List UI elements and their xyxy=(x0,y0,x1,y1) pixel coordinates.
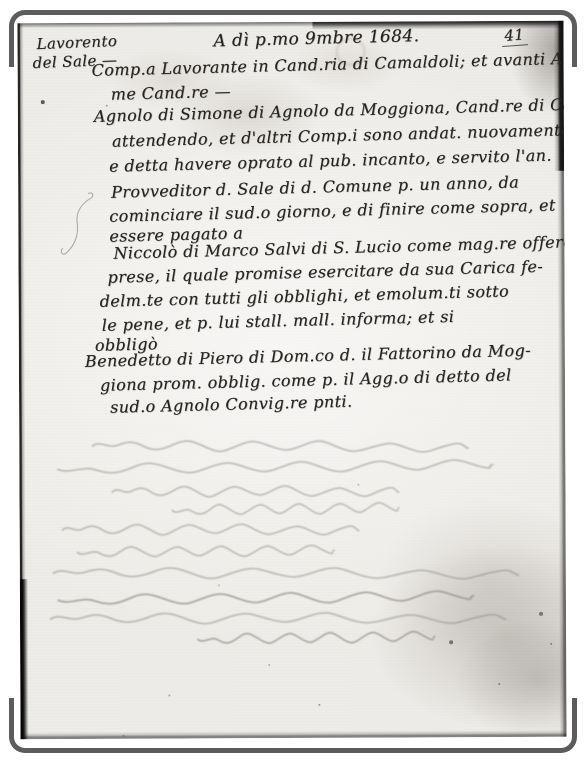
bleed-through-line xyxy=(55,457,495,478)
body-line: sud.o Agnolo Convig.re pnti. xyxy=(110,394,353,416)
body-line: giona prom. obblig. come p. il Agg.o di … xyxy=(100,367,512,393)
heading-date: A dì p.mo 9mbre 1684. xyxy=(213,28,419,50)
body-line: me Cand.re — xyxy=(111,84,232,103)
body-line: attendendo, et d'altri Comp.i sono andat… xyxy=(112,122,567,150)
page-edge-bottom-left xyxy=(20,579,29,739)
ink-specks xyxy=(17,23,19,25)
bleed-through-line xyxy=(76,542,336,560)
scan-viewport: Lavorento del Sale — A dì p.mo 9mbre 168… xyxy=(0,0,585,760)
page-number: 41 xyxy=(501,27,528,47)
bleed-through-line xyxy=(56,588,476,609)
bleed-through-line xyxy=(61,521,361,538)
manuscript-page: Lavorento del Sale — A dì p.mo 9mbre 168… xyxy=(17,21,566,739)
body-line: le pene, et p. lui stall. mall. informa;… xyxy=(102,309,455,334)
body-line: cominciare il sud.o giorno, e di finire … xyxy=(109,197,556,224)
bleed-through-line xyxy=(90,437,470,455)
bleed-through-line xyxy=(48,610,508,626)
margin-note-line: Lavorento xyxy=(36,34,117,52)
bleed-through-line xyxy=(110,483,400,499)
body-line: Comp.a Lavorante in Cand.ria di Camaldol… xyxy=(91,51,563,79)
body-line: Provveditor d. Sale di d. Comune p. un a… xyxy=(111,174,519,200)
body-line: delm.te con tutti gli obblighi, et emolu… xyxy=(99,283,509,309)
bleed-through-line xyxy=(51,564,521,582)
body-line: e detta havere oprato al pub. incanto, e… xyxy=(109,148,552,175)
bleed-through-line xyxy=(196,628,436,647)
bleed-through-line xyxy=(170,500,400,519)
hair-mark xyxy=(58,191,98,265)
